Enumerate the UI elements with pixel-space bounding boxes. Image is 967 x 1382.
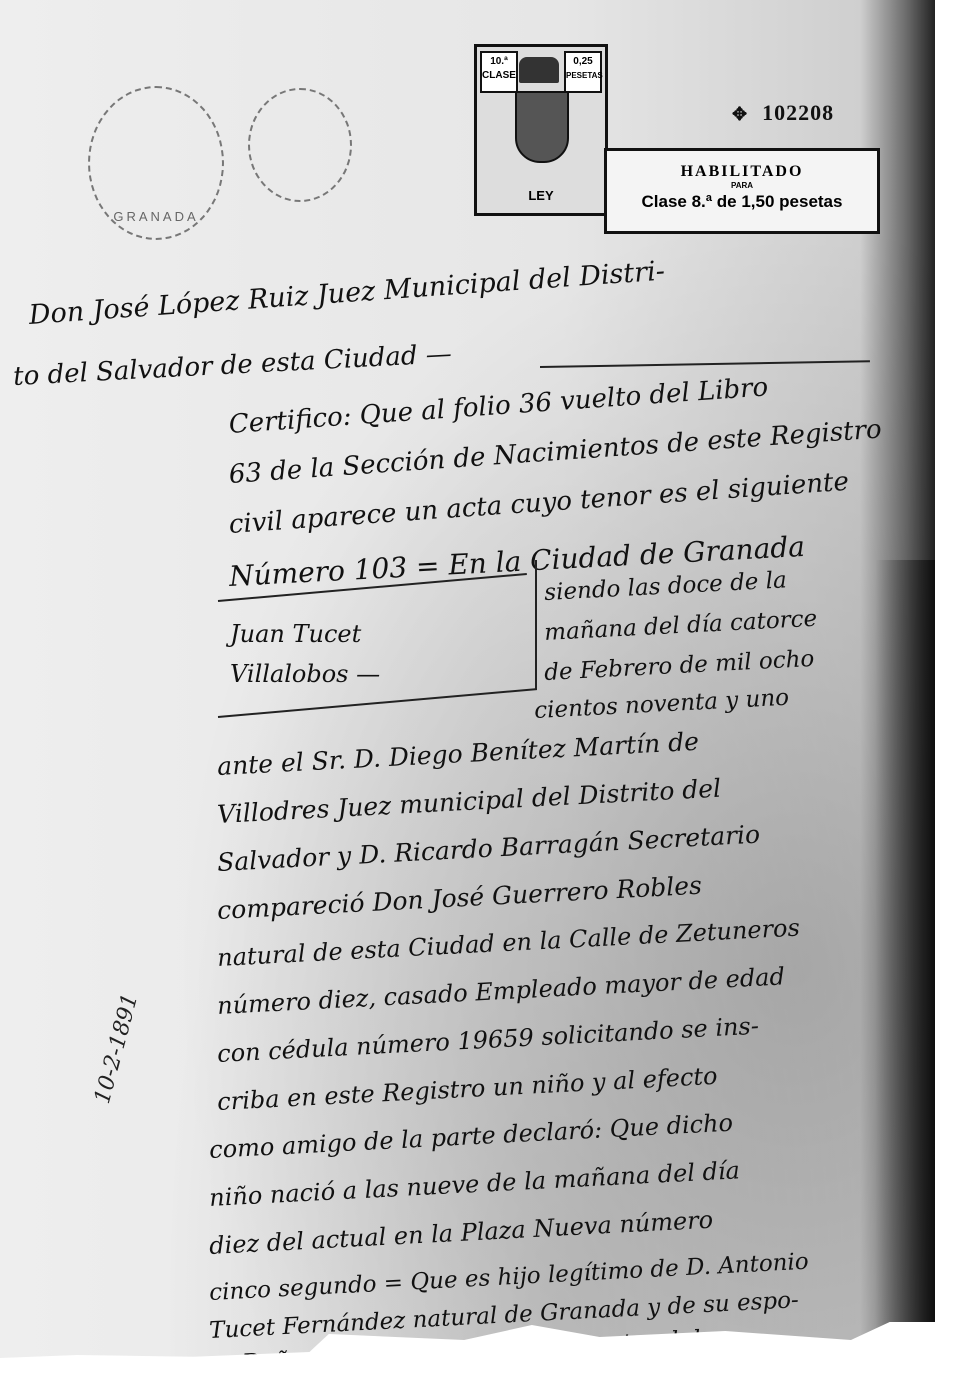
- revenue-stamp: 10.ª CLASE 0,25 PESETAS LEY: [474, 44, 608, 216]
- stamp-value-label: PESETAS: [566, 69, 600, 83]
- timbre-seal: [248, 88, 352, 202]
- margin-rule: [218, 688, 537, 718]
- handwritten-line: mañana del día catorce: [544, 606, 818, 646]
- handwritten-line: Salvador y D. Ricardo Barragán Secretari…: [216, 820, 760, 877]
- stamp-motto: LEY: [477, 188, 605, 203]
- line-filler: [540, 360, 870, 368]
- handwritten-line: ante el Sr. D. Diego Benítez Martín de: [216, 727, 699, 781]
- seal-text: GRANADA: [90, 209, 222, 224]
- cross-mark-icon: ✥: [732, 104, 748, 124]
- handwritten-line: Villodres Juez municipal del Distrito de…: [216, 774, 721, 829]
- serial-value: 102208: [762, 100, 834, 125]
- handwritten-line: compareció Don José Guerrero Robles: [216, 871, 702, 925]
- margin-name-line2: Villalobos —: [230, 660, 380, 688]
- stamp-class-label: CLASE: [482, 69, 516, 83]
- stamp-value-box: 0,25 PESETAS: [564, 51, 602, 93]
- handwritten-line: con cédula número 19659 solicitando se i…: [217, 1012, 760, 1068]
- margin-name-line1: Juan Tucet: [230, 620, 361, 648]
- coat-of-arms-icon: [515, 91, 569, 163]
- habilitado-clase: Clase 8.ª de 1,50 pesetas: [607, 192, 877, 212]
- handwritten-line: criba en este Registro un niño y al efec…: [217, 1062, 719, 1116]
- handwritten-line: de Febrero de mil ocho: [544, 646, 815, 686]
- handwritten-line: como amigo de la parte declaró: Que dich…: [209, 1109, 734, 1164]
- habilitado-box: HABILITADO PARA Clase 8.ª de 1,50 peseta…: [604, 148, 880, 234]
- document-page: GRANADA 10.ª CLASE 0,25 PESETAS LEY ✥102…: [0, 0, 935, 1382]
- handwritten-line: natural de esta Ciudad en la Calle de Ze…: [217, 914, 801, 972]
- handwritten-line: to del Salvador de esta Ciudad —: [12, 339, 452, 392]
- habilitado-title: HABILITADO: [607, 163, 877, 181]
- stamp-value: 0,25: [566, 55, 600, 69]
- handwritten-line: número diez, casado Empleado mayor de ed…: [217, 962, 786, 1020]
- handwritten-line: niño nació a las nueve de la mañana del …: [209, 1156, 741, 1212]
- handwritten-line: cientos noventa y uno: [534, 685, 790, 724]
- granada-seal: GRANADA: [88, 86, 224, 240]
- crown-icon: [519, 57, 559, 83]
- stamp-class-number: 10.ª: [482, 55, 516, 69]
- margin-date-note: 10-2-1891: [90, 991, 143, 1106]
- margin-divider: [535, 560, 537, 690]
- stamp-class-box: 10.ª CLASE: [480, 51, 518, 93]
- torn-right-edge: [935, 0, 967, 1382]
- serial-number: ✥102208: [732, 100, 834, 126]
- handwritten-line: Don José López Ruiz Juez Municipal del D…: [28, 256, 666, 331]
- habilitado-para: PARA: [607, 181, 877, 190]
- handwritten-line: diez del actual en la Plaza Nueva número: [209, 1206, 714, 1260]
